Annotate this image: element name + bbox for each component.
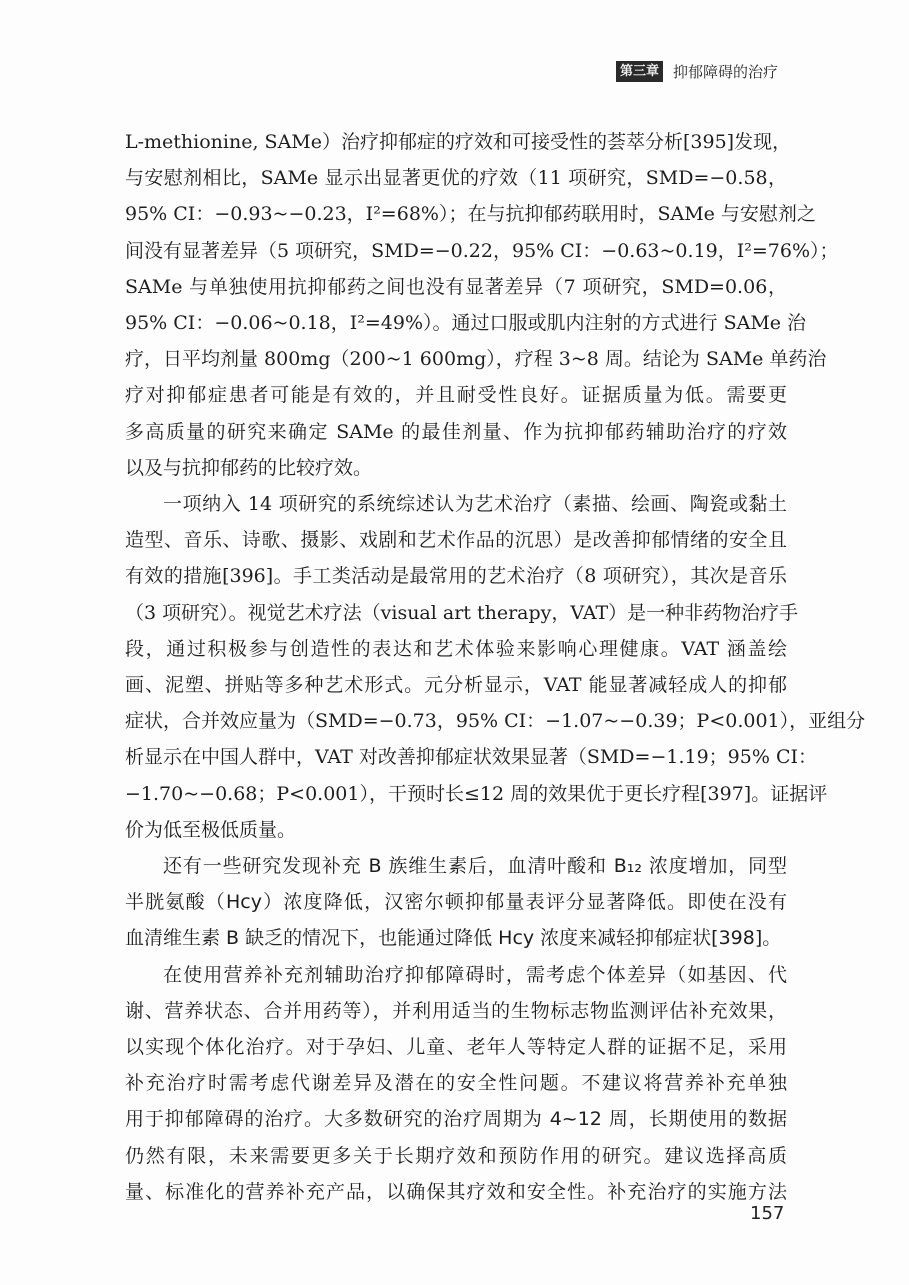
text-line: 疗对抑郁症患者可能是有效的，并且耐受性良好。证据质量为低。需要更 xyxy=(125,377,787,413)
text-line: 多高质量的研究来确定 SAMe 的最佳剂量、作为抗抑郁药辅助治疗的疗效 xyxy=(125,414,787,450)
text-line: 量、标准化的营养补充产品，以确保其疗效和安全性。补充治疗的实施方法 xyxy=(125,1174,787,1210)
text-line: 间没有显著差异（5 项研究，SMD=−0.22，95% CI：−0.63~0.1… xyxy=(125,233,787,269)
text-line: SAMe 与单独使用抗抑郁药之间也没有显著差异（7 项研究，SMD=0.06， xyxy=(125,269,787,305)
text-line: （3 项研究）。视觉艺术疗法（visual art therapy，VAT）是一… xyxy=(125,595,787,631)
paragraph-nutritional-supplement: 在使用营养补充剂辅助治疗抑郁障碍时，需考虑个体差异（如基因、代 谢、营养状态、合… xyxy=(125,957,787,1210)
text-line: 在使用营养补充剂辅助治疗抑郁障碍时，需考虑个体差异（如基因、代 xyxy=(125,957,787,993)
text-line: 症状，合并效应量为（SMD=−0.73，95% CI：−1.07~−0.39；P… xyxy=(125,703,787,739)
text-line: 有效的措施[396]。手工类活动是最常用的艺术治疗（8 项研究），其次是音乐 xyxy=(125,558,787,594)
text-line: 疗，日平均剂量 800mg（200~1 600mg），疗程 3~8 周。结论为 … xyxy=(125,341,787,377)
text-line: L-methionine, SAMe）治疗抑郁症的疗效和可接受性的荟萃分析[39… xyxy=(125,124,787,160)
text-line: 还有一些研究发现补充 B 族维生素后，血清叶酸和 B₁₂ 浓度增加，同型 xyxy=(125,848,787,884)
text-line: 仍然有限，未来需要更多关于长期疗效和预防作用的研究。建议选择高质 xyxy=(125,1138,787,1174)
text-line: 以及与抗抑郁药的比较疗效。 xyxy=(125,450,787,486)
text-line: 造型、音乐、诗歌、摄影、戏剧和艺术作品的沉思）是改善抑郁情绪的安全且 xyxy=(125,522,787,558)
paragraph-vitamin-b: 还有一些研究发现补充 B 族维生素后，血清叶酸和 B₁₂ 浓度增加，同型 半胱氨… xyxy=(125,848,787,957)
text-line: −1.70~−0.68；P<0.001），干预时长≤12 周的效果优于更长疗程[… xyxy=(125,776,787,812)
paragraph-art-therapy: 一项纳入 14 项研究的系统综述认为艺术治疗（素描、绘画、陶瓷或黏土 造型、音乐… xyxy=(125,486,787,848)
text-line: 以实现个体化治疗。对于孕妇、儿童、老年人等特定人群的证据不足，采用 xyxy=(125,1029,787,1065)
chapter-badge: 第三章 xyxy=(616,61,663,82)
text-line: 与安慰剂相比，SAMe 显示出显著更优的疗效（11 项研究，SMD=−0.58， xyxy=(125,160,787,196)
text-line: 95% CI：−0.06~0.18，I²=49%）。通过口服或肌内注射的方式进行… xyxy=(125,305,787,341)
paragraph-same-meta-analysis: L-methionine, SAMe）治疗抑郁症的疗效和可接受性的荟萃分析[39… xyxy=(125,124,787,486)
running-header: 第三章 抑郁障碍的治疗 xyxy=(616,60,778,82)
text-line: 价为低至极低质量。 xyxy=(125,812,787,848)
text-line: 画、泥塑、拼贴等多种艺术形式。元分析显示，VAT 能显著减轻成人的抑郁 xyxy=(125,667,787,703)
text-line: 血清维生素 B 缺乏的情况下，也能通过降低 Hcy 浓度来减轻抑郁症状[398]… xyxy=(125,920,787,956)
text-line: 用于抑郁障碍的治疗。大多数研究的治疗周期为 4~12 周，长期使用的数据 xyxy=(125,1101,787,1137)
text-line: 段，通过积极参与创造性的表达和艺术体验来影响心理健康。VAT 涵盖绘 xyxy=(125,631,787,667)
text-line: 补充治疗时需考虑代谢差异及潜在的安全性问题。不建议将营养补充单独 xyxy=(125,1065,787,1101)
text-line: 谢、营养状态、合并用药等），并利用适当的生物标志物监测评估补充效果， xyxy=(125,993,787,1029)
page-number: 157 xyxy=(750,1203,784,1224)
text-line: 析显示在中国人群中，VAT 对改善抑郁症状效果显著（SMD=−1.19；95% … xyxy=(125,739,787,775)
text-line: 半胱氨酸（Hcy）浓度降低，汉密尔顿抑郁量表评分显著降低。即使在没有 xyxy=(125,884,787,920)
document-page: 第三章 抑郁障碍的治疗 L-methionine, SAMe）治疗抑郁症的疗效和… xyxy=(0,0,909,1285)
text-line: 95% CI：−0.93~−0.23，I²=68%）；在与抗抑郁药联用时，SAM… xyxy=(125,196,787,232)
text-line: 一项纳入 14 项研究的系统综述认为艺术治疗（素描、绘画、陶瓷或黏土 xyxy=(125,486,787,522)
body-text: L-methionine, SAMe）治疗抑郁症的疗效和可接受性的荟萃分析[39… xyxy=(125,124,787,1210)
chapter-title: 抑郁障碍的治疗 xyxy=(673,61,778,82)
